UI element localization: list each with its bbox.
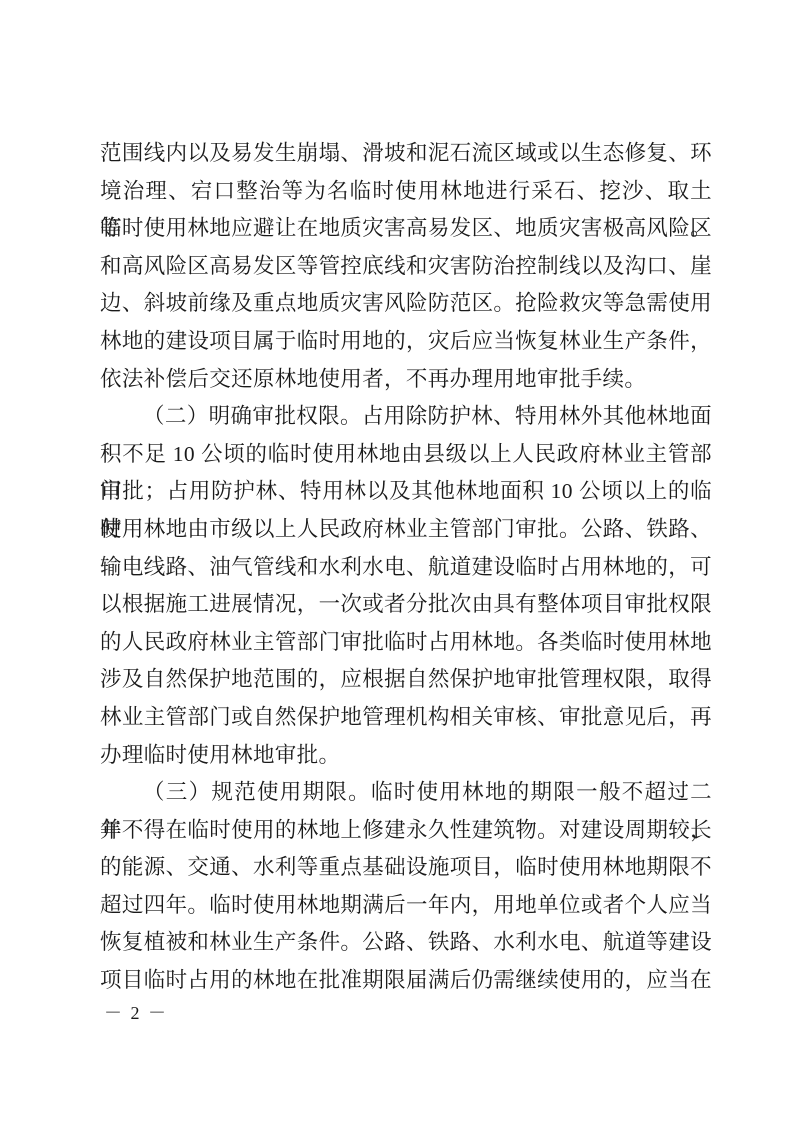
text-line: 境治理、宕口整治等为名临时使用林地进行采石、挖沙、取土等。 xyxy=(100,173,712,211)
text-line: 临时使用林地应避让在地质灾害高易发区、地质灾害极高风险区 xyxy=(100,210,712,248)
text-line: 使用林地由市级以上人民政府林业主管部门审批。公路、铁路、 xyxy=(100,511,712,549)
text-line: 以根据施工进展情况，一次或者分批次由具有整体项目审批权限 xyxy=(100,586,712,624)
text-line: 林业主管部门或自然保护地管理机构相关审核、审批意见后，再 xyxy=(100,699,712,737)
text-line: 的能源、交通、水利等重点基础设施项目，临时使用林地期限不 xyxy=(100,849,712,887)
text-line: 办理临时使用林地审批。 xyxy=(100,737,712,775)
text-line: 输电线路、油气管线和水利水电、航道建设临时占用林地的，可 xyxy=(100,549,712,587)
body-text: 范围线内以及易发生崩塌、滑坡和泥石流区域或以生态修复、环境治理、宕口整治等为名临… xyxy=(100,135,712,1000)
text-line: 林地的建设项目属于临时用地的，灾后应当恢复林业生产条件， xyxy=(100,323,712,361)
text-line: （二）明确审批权限。占用除防护林、特用林外其他林地面 xyxy=(100,398,712,436)
text-line: 边、斜坡前缘及重点地质灾害风险防范区。抢险救灾等急需使用 xyxy=(100,285,712,323)
text-line: 并不得在临时使用的林地上修建永久性建筑物。对建设周期较长 xyxy=(100,812,712,850)
text-line: 的人民政府林业主管部门审批临时占用林地。各类临时使用林地 xyxy=(100,624,712,662)
text-line: 超过四年。临时使用林地期满后一年内，用地单位或者个人应当 xyxy=(100,887,712,925)
text-line: （三）规范使用期限。临时使用林地的期限一般不超过二年， xyxy=(100,774,712,812)
text-line: 依法补偿后交还原林地使用者，不再办理用地审批手续。 xyxy=(100,361,712,399)
text-line: 积不足 10 公顷的临时使用林地由县级以上人民政府林业主管部门 xyxy=(100,436,712,474)
text-line: 审批；占用防护林、特用林以及其他林地面积 10 公顷以上的临时 xyxy=(100,473,712,511)
text-line: 和高风险区高易发区等管控底线和灾害防治控制线以及沟口、崖 xyxy=(100,248,712,286)
text-line: 涉及自然保护地范围的，应根据自然保护地审批管理权限，取得 xyxy=(100,661,712,699)
document-page: 范围线内以及易发生崩塌、滑坡和泥石流区域或以生态修复、环境治理、宕口整治等为名临… xyxy=(0,0,800,1132)
text-line: 范围线内以及易发生崩塌、滑坡和泥石流区域或以生态修复、环 xyxy=(100,135,712,173)
text-line: 项目临时占用的林地在批准期限届满后仍需继续使用的，应当在 xyxy=(100,962,712,1000)
page-number: － 2 － xyxy=(104,1000,168,1026)
text-line: 恢复植被和林业生产条件。公路、铁路、水利水电、航道等建设 xyxy=(100,924,712,962)
